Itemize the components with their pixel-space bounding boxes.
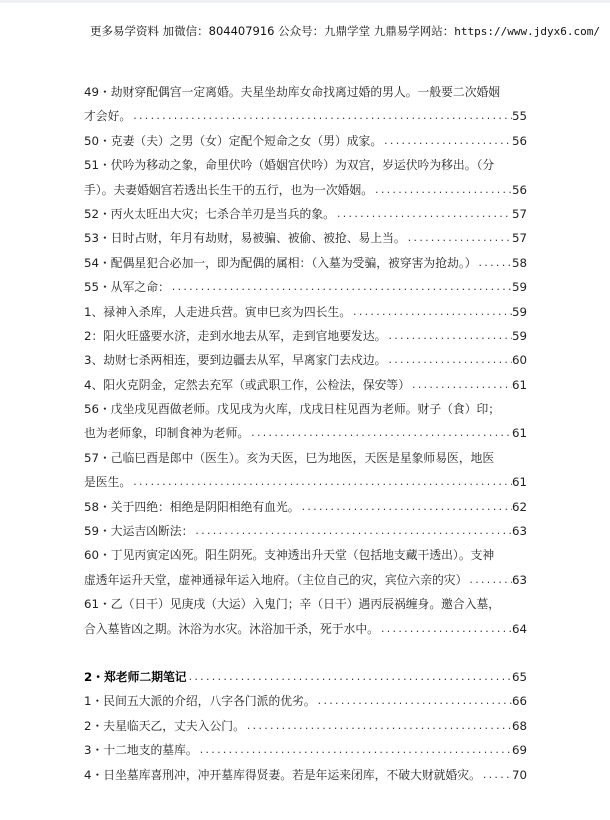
toc-page-number: 59	[512, 300, 527, 324]
leader-dots	[351, 300, 512, 324]
toc-entry[interactable]: 52・丙火太旺出大灾；七杀合羊刃是当兵的象。57	[84, 202, 527, 226]
toc-entry-text: 2・夫星临天乙，丈夫入公门。	[84, 714, 245, 738]
toc-page-number: 61	[512, 373, 527, 397]
toc-entry[interactable]: 2：阳火旺盛要水济，走到水地去从军，走到官地要发达。59	[84, 324, 527, 348]
table-of-contents: 49・劫财穿配偶宫一定离婚。夫星坐劫库女命找离过婚的男人。一般要二次婚姻 才会好…	[84, 80, 527, 787]
toc-page-number: 57	[512, 226, 527, 250]
toc-page-number: 63	[512, 568, 527, 592]
toc-entry-text: 60・丁见丙寅定凶死。阳生阴死。支神透出升天堂（包括地支藏干透出）。支神	[84, 543, 494, 567]
toc-entry[interactable]: 也为老师象，印制食神为老师。61	[84, 421, 527, 445]
toc-entry-text: 61・乙（日干）见庚戌（大运）入鬼门；辛（日干）遇丙辰祸缠身。邀合入墓，	[84, 592, 500, 616]
toc-page-number: 60	[512, 348, 527, 372]
toc-page-number: 70	[512, 763, 527, 787]
toc-entry-text: 是医生。	[84, 470, 131, 494]
toc-entry[interactable]: 3・十二地支的墓库。69	[84, 738, 527, 762]
toc-entry[interactable]: 61・乙（日干）见庚戌（大运）入鬼门；辛（日干）遇丙辰祸缠身。邀合入墓，	[84, 592, 527, 616]
toc-entry[interactable]: 49・劫财穿配偶宫一定离婚。夫星坐劫库女命找离过婚的男人。一般要二次婚姻	[84, 80, 527, 104]
toc-page-number: 63	[512, 519, 527, 543]
toc-entry-text: 手）。夫妻婚姻宫若透出长生干的五行，也为一次婚姻。	[84, 178, 373, 202]
toc-entry-text: 50・克妻（夫）之男（女）定配个短命之女（男）成家。	[84, 129, 382, 153]
toc-entry[interactable]: 4・日坐墓库喜刑冲，冲开墓库得贤妻。若是年运来闭库，不破大财就婚灾。70	[84, 763, 527, 787]
toc-entry-text: 58・关于四绝：相绝是阴阳相绝有血光。	[84, 495, 300, 519]
toc-page-number: 59	[512, 324, 527, 348]
toc-entry[interactable]: 60・丁见丙寅定凶死。阳生阴死。支神透出升天堂（包括地支藏干透出）。支神	[84, 543, 527, 567]
toc-entry[interactable]: 3、劫财七杀两相连，要到边疆去从军，早离家门去戍边。60	[84, 348, 527, 372]
toc-entry-text: 57・己临巳酉是郎中（医生）。亥为天医，巳为地医，天医是星象师易医，地医	[84, 446, 494, 470]
toc-entry-text: 51・伏吟为移动之象，命里伏吟（婚姻宫伏吟）为双宫，岁运伏吟为移出。（分	[84, 153, 494, 177]
leader-dots	[386, 348, 512, 372]
toc-entry-text: 55・从军之命：	[84, 275, 170, 299]
leader-dots	[382, 129, 512, 153]
toc-entry-text: 52・丙火太旺出大灾；七杀合羊刃是当兵的象。	[84, 202, 335, 226]
toc-entry[interactable]: 51・伏吟为移动之象，命里伏吟（婚姻宫伏吟）为双宫，岁运伏吟为移出。（分	[84, 153, 527, 177]
section-heading[interactable]: 2・郑老师二期笔记65	[84, 665, 527, 689]
leader-dots	[467, 568, 512, 592]
leader-dots	[300, 495, 512, 519]
toc-entry-text: 59・大运吉凶断法：	[84, 519, 193, 543]
section-gap	[84, 641, 527, 665]
toc-entry-text: 虚透年运升天堂，虚神通禄年运入地府。（主位自己的灾，宾位六亲的灾）	[84, 568, 467, 592]
section-title: 2・郑老师二期笔记	[84, 665, 187, 689]
toc-page-number: 56	[512, 178, 527, 202]
leader-dots	[193, 519, 512, 543]
leader-dots	[187, 665, 512, 689]
leader-dots	[477, 251, 512, 275]
leader-dots	[379, 617, 512, 641]
toc-entry-text: 2：阳火旺盛要水济，走到水地去从军，走到官地要发达。	[84, 324, 386, 348]
leader-dots	[406, 226, 512, 250]
toc-page-number: 61	[512, 470, 527, 494]
toc-entry[interactable]: 53・日时占财，年月有劫财，易被骗、被偷、被抢、易上当。57	[84, 226, 527, 250]
toc-entry-text: 3・十二地支的墓库。	[84, 738, 198, 762]
toc-entry[interactable]: 57・己临巳酉是郎中（医生）。亥为天医，巳为地医，天医是星象师易医，地医	[84, 446, 527, 470]
toc-entry[interactable]: 54・配偶星犯合必加一，即为配偶的属相：（入墓为受骗，被穿害为抢劫。）58	[84, 251, 527, 275]
toc-entry[interactable]: 56・戊坐戌见酉做老师。戊见戌为火库，戊戌日柱见酉为老师。财子（食）印；	[84, 397, 527, 421]
toc-entry-text: 56・戊坐戌见酉做老师。戊见戌为火库，戊戌日柱见酉为老师。财子（食）印；	[84, 397, 500, 421]
toc-entry-text: 合入墓皆凶之期。沐浴为水灾。沐浴加干杀，死于水中。	[84, 617, 379, 641]
top-border	[0, 0, 610, 3]
toc-entry[interactable]: 虚透年运升天堂，虚神通禄年运入地府。（主位自己的灾，宾位六亲的灾）63	[84, 568, 527, 592]
leader-dots	[170, 275, 512, 299]
leader-dots	[249, 421, 512, 445]
leader-dots	[316, 689, 512, 713]
toc-entry-text: 49・劫财穿配偶宫一定离婚。夫星坐劫库女命找离过婚的男人。一般要二次婚姻	[84, 80, 500, 104]
leader-dots	[131, 104, 512, 128]
toc-page-number: 65	[512, 665, 527, 689]
toc-entry[interactable]: 1、禄神入杀库，人走进兵营。寅申巳亥为四长生。59	[84, 300, 527, 324]
toc-entry-text: 3、劫财七杀两相连，要到边疆去从军，早离家门去戍边。	[84, 348, 386, 372]
leader-dots	[386, 324, 512, 348]
header-text: 更多易学资料 加微信：804407916 公众号：九鼎学堂 九鼎易学网站：	[90, 24, 454, 38]
toc-entry[interactable]: 手）。夫妻婚姻宫若透出长生干的五行，也为一次婚姻。56	[84, 178, 527, 202]
leader-dots	[198, 738, 512, 762]
toc-page-number: 62	[512, 495, 527, 519]
leader-dots	[131, 470, 512, 494]
toc-entry[interactable]: 1・民间五大派的介绍，八字各门派的优劣。66	[84, 689, 527, 713]
toc-page-number: 59	[512, 275, 527, 299]
toc-entry[interactable]: 58・关于四绝：相绝是阴阳相绝有血光。62	[84, 495, 527, 519]
toc-entry-text: 54・配偶星犯合必加一，即为配偶的属相：（入墓为受骗，被穿害为抢劫。）	[84, 251, 477, 275]
toc-entry-text: 4・日坐墓库喜刑冲，冲开墓库得贤妻。若是年运来闭库，不破大财就婚灾。	[84, 763, 481, 787]
toc-entry[interactable]: 才会好。55	[84, 104, 527, 128]
toc-page-number: 64	[512, 617, 527, 641]
toc-page-number: 68	[512, 714, 527, 738]
toc-entry-text: 1・民间五大派的介绍，八字各门派的优劣。	[84, 689, 316, 713]
toc-entry-text: 53・日时占财，年月有劫财，易被骗、被偷、被抢、易上当。	[84, 226, 406, 250]
toc-page-number: 57	[512, 202, 527, 226]
leader-dots	[373, 178, 512, 202]
toc-entry-text: 1、禄神入杀库，人走进兵营。寅申巳亥为四长生。	[84, 300, 351, 324]
toc-entry[interactable]: 4、阳火克阴金，定然去充军（或武职工作，公检法，保安等）61	[84, 373, 527, 397]
toc-page-number: 58	[512, 251, 527, 275]
toc-entry[interactable]: 50・克妻（夫）之男（女）定配个短命之女（男）成家。56	[84, 129, 527, 153]
header-url[interactable]: https://www.jdyx6.com/	[454, 25, 600, 38]
toc-entry-text: 才会好。	[84, 104, 131, 128]
toc-entry[interactable]: 是医生。61	[84, 470, 527, 494]
toc-page-number: 69	[512, 738, 527, 762]
toc-page-number: 56	[512, 129, 527, 153]
toc-entry[interactable]: 合入墓皆凶之期。沐浴为水灾。沐浴加干杀，死于水中。64	[84, 617, 527, 641]
toc-entry[interactable]: 59・大运吉凶断法：63	[84, 519, 527, 543]
leader-dots	[410, 373, 512, 397]
toc-page-number: 61	[512, 421, 527, 445]
toc-page-number: 55	[512, 104, 527, 128]
toc-entry[interactable]: 55・从军之命：59	[84, 275, 527, 299]
toc-page-number: 66	[512, 689, 527, 713]
toc-entry-text: 4、阳火克阴金，定然去充军（或武职工作，公检法，保安等）	[84, 373, 410, 397]
leader-dots	[245, 714, 512, 738]
toc-entry-text: 也为老师象，印制食神为老师。	[84, 421, 249, 445]
page-header: 更多易学资料 加微信：804407916 公众号：九鼎学堂 九鼎易学网站：htt…	[0, 23, 610, 39]
leader-dots	[335, 202, 512, 226]
leader-dots	[481, 763, 512, 787]
toc-entry[interactable]: 2・夫星临天乙，丈夫入公门。68	[84, 714, 527, 738]
